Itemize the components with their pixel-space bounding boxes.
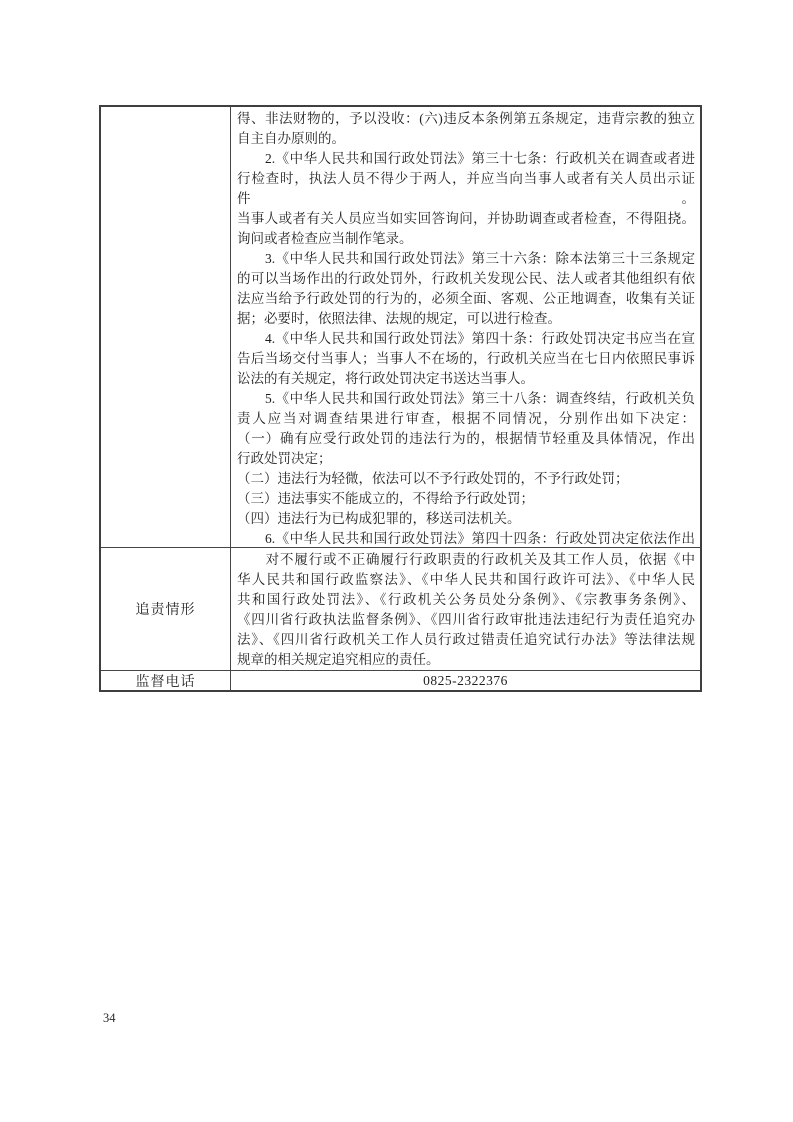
text-line: （四）违法行为已构成犯罪的，移送司法机关。 xyxy=(237,509,695,529)
text-line: 2.《中华人民共和国行政处罚法》第三十七条：行政机关在调查或者进 xyxy=(237,149,695,169)
text-line: 法应当给予行政处罚的行为的，必须全面、客观、公正地调查，收集有关证 xyxy=(237,289,695,309)
text-line: 华人民共和国行政监察法》、《中华人民共和国行政许可法》、《中华人民 xyxy=(237,570,695,590)
page-number: 34 xyxy=(103,1011,116,1026)
text-line: （二）违法行为轻微，依法可以不予行政处罚的，不予行政处罚； xyxy=(237,469,695,489)
text-line: 行政处罚决定； xyxy=(237,449,695,469)
text-line: 3.《中华人民共和国行政处罚法》第三十六条：除本法第三十三条规定 xyxy=(237,249,695,269)
row-label-empty xyxy=(101,107,231,547)
text-line: 5.《中华人民共和国行政处罚法》第三十八条：调查终结，行政机关负 xyxy=(237,389,695,409)
text-line: 行检查时，执法人员不得少于两人，并应当向当事人或者有关人员出示证件。 xyxy=(237,169,695,209)
text-line: 4.《中华人民共和国行政处罚法》第四十条：行政处罚决定书应当在宣 xyxy=(237,329,695,349)
text-line: 共和国行政处罚法》、《行政机关公务员处分条例》、《宗教事务条例》、 xyxy=(237,590,695,610)
table-row: 得、非法财物的，予以没收：(六)违反本条例第五条规定，违背宗教的独立自主自办原则… xyxy=(101,107,700,548)
text-line: （一）确有应受行政处罚的违法行为的，根据情节轻重及具体情况，作出 xyxy=(237,429,695,449)
text-line: 《四川省行政执法监督条例》、《四川省行政审批违法违纪行为责任追究办 xyxy=(237,610,695,630)
row-label-accountability: 追责情形 xyxy=(101,548,231,670)
supervision-phone-value: 0825-2322376 xyxy=(231,671,700,691)
accountability-text: 对不履行或不正确履行行政职责的行政机关及其工作人员，依据《中华人民共和国行政监察… xyxy=(231,548,700,670)
text-line: 责人应当对调查结果进行审查，根据不同情况，分别作出如下决定： xyxy=(237,409,695,429)
text-line: 告后当场交付当事人；当事人不在场的，行政机关应当在七日内依照民事诉 xyxy=(237,349,695,369)
text-line: 对不履行或不正确履行行政职责的行政机关及其工作人员，依据《中 xyxy=(237,550,695,570)
text-line: 法》、《四川省行政机关工作人员行政过错责任追究试行办法》等法律法规 xyxy=(237,630,695,650)
regulation-table: 得、非法财物的，予以没收：(六)违反本条例第五条规定，违背宗教的独立自主自办原则… xyxy=(99,105,702,692)
text-line: 当事人或者有关人员应当如实回答询问，并协助调查或者检查，不得阻挠。 xyxy=(237,209,695,229)
text-line: 自主自办原则的。 xyxy=(237,129,695,149)
table-row: 追责情形 对不履行或不正确履行行政职责的行政机关及其工作人员，依据《中华人民共和… xyxy=(101,548,700,671)
legal-clauses-text: 得、非法财物的，予以没收：(六)违反本条例第五条规定，违背宗教的独立自主自办原则… xyxy=(231,107,700,547)
text-line: 询问或者检查应当制作笔录。 xyxy=(237,229,695,249)
text-line: 据；必要时，依照法律、法规的规定，可以进行检查。 xyxy=(237,309,695,329)
row-label-phone: 监督电话 xyxy=(101,671,231,691)
text-line: 6.《中华人民共和国行政处罚法》第四十四条：行政处罚决定依法作出 xyxy=(237,529,695,547)
text-line: 讼法的有关规定，将行政处罚决定书送达当事人。 xyxy=(237,369,695,389)
text-line: 的可以当场作出的行政处罚外，行政机关发现公民、法人或者其他组织有依 xyxy=(237,269,695,289)
table-row: 监督电话 0825-2322376 xyxy=(101,671,700,691)
text-line: 得、非法财物的，予以没收：(六)违反本条例第五条规定，违背宗教的独立 xyxy=(237,109,695,129)
text-line: （三）违法事实不能成立的，不得给予行政处罚； xyxy=(237,489,695,509)
text-line: 规章的相关规定追究相应的责任。 xyxy=(237,650,695,670)
document-page: { "page": { "number": "34" }, "table": {… xyxy=(0,0,793,1122)
